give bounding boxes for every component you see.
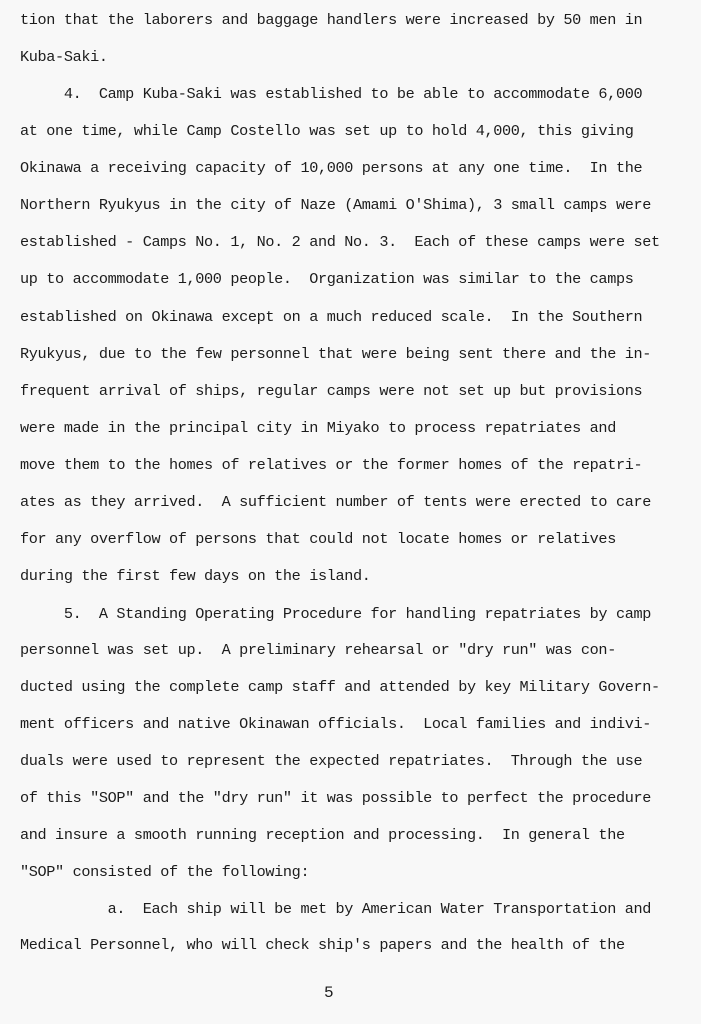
text-line: Medical Personnel, who will check ship's… (20, 935, 625, 955)
document-page: tion that the laborers and baggage handl… (0, 0, 701, 1024)
text-line: ment officers and native Okinawan offici… (20, 714, 651, 734)
text-line: 4. Camp Kuba-Saki was established to be … (20, 84, 642, 104)
text-line: for any overflow of persons that could n… (20, 529, 616, 549)
text-line: "SOP" consisted of the following: (20, 862, 309, 882)
text-line: established on Okinawa except on a much … (20, 307, 642, 327)
text-line: up to accommodate 1,000 people. Organiza… (20, 269, 633, 289)
text-line: Kuba-Saki. (20, 47, 108, 67)
text-line: Ryukyus, due to the few personnel that w… (20, 344, 651, 364)
text-line: during the first few days on the island. (20, 566, 371, 586)
text-line: ates as they arrived. A sufficient numbe… (20, 492, 651, 512)
text-line: move them to the homes of relatives or t… (20, 455, 642, 475)
text-line: were made in the principal city in Miyak… (20, 418, 616, 438)
text-line: 5. A Standing Operating Procedure for ha… (20, 604, 651, 624)
text-line: at one time, while Camp Costello was set… (20, 121, 633, 141)
text-line: personnel was set up. A preliminary rehe… (20, 640, 616, 660)
text-line: Northern Ryukyus in the city of Naze (Am… (20, 195, 651, 215)
text-line: and insure a smooth running reception an… (20, 825, 625, 845)
text-line: duals were used to represent the expecte… (20, 751, 642, 771)
text-line: frequent arrival of ships, regular camps… (20, 381, 642, 401)
text-line: Okinawa a receiving capacity of 10,000 p… (20, 158, 642, 178)
text-line: established - Camps No. 1, No. 2 and No.… (20, 232, 660, 252)
text-line: a. Each ship will be met by American Wat… (20, 899, 651, 919)
page-number: 5 (324, 984, 334, 1002)
text-line: ducted using the complete camp staff and… (20, 677, 660, 697)
text-line: tion that the laborers and baggage handl… (20, 10, 642, 30)
text-line: of this "SOP" and the "dry run" it was p… (20, 788, 651, 808)
